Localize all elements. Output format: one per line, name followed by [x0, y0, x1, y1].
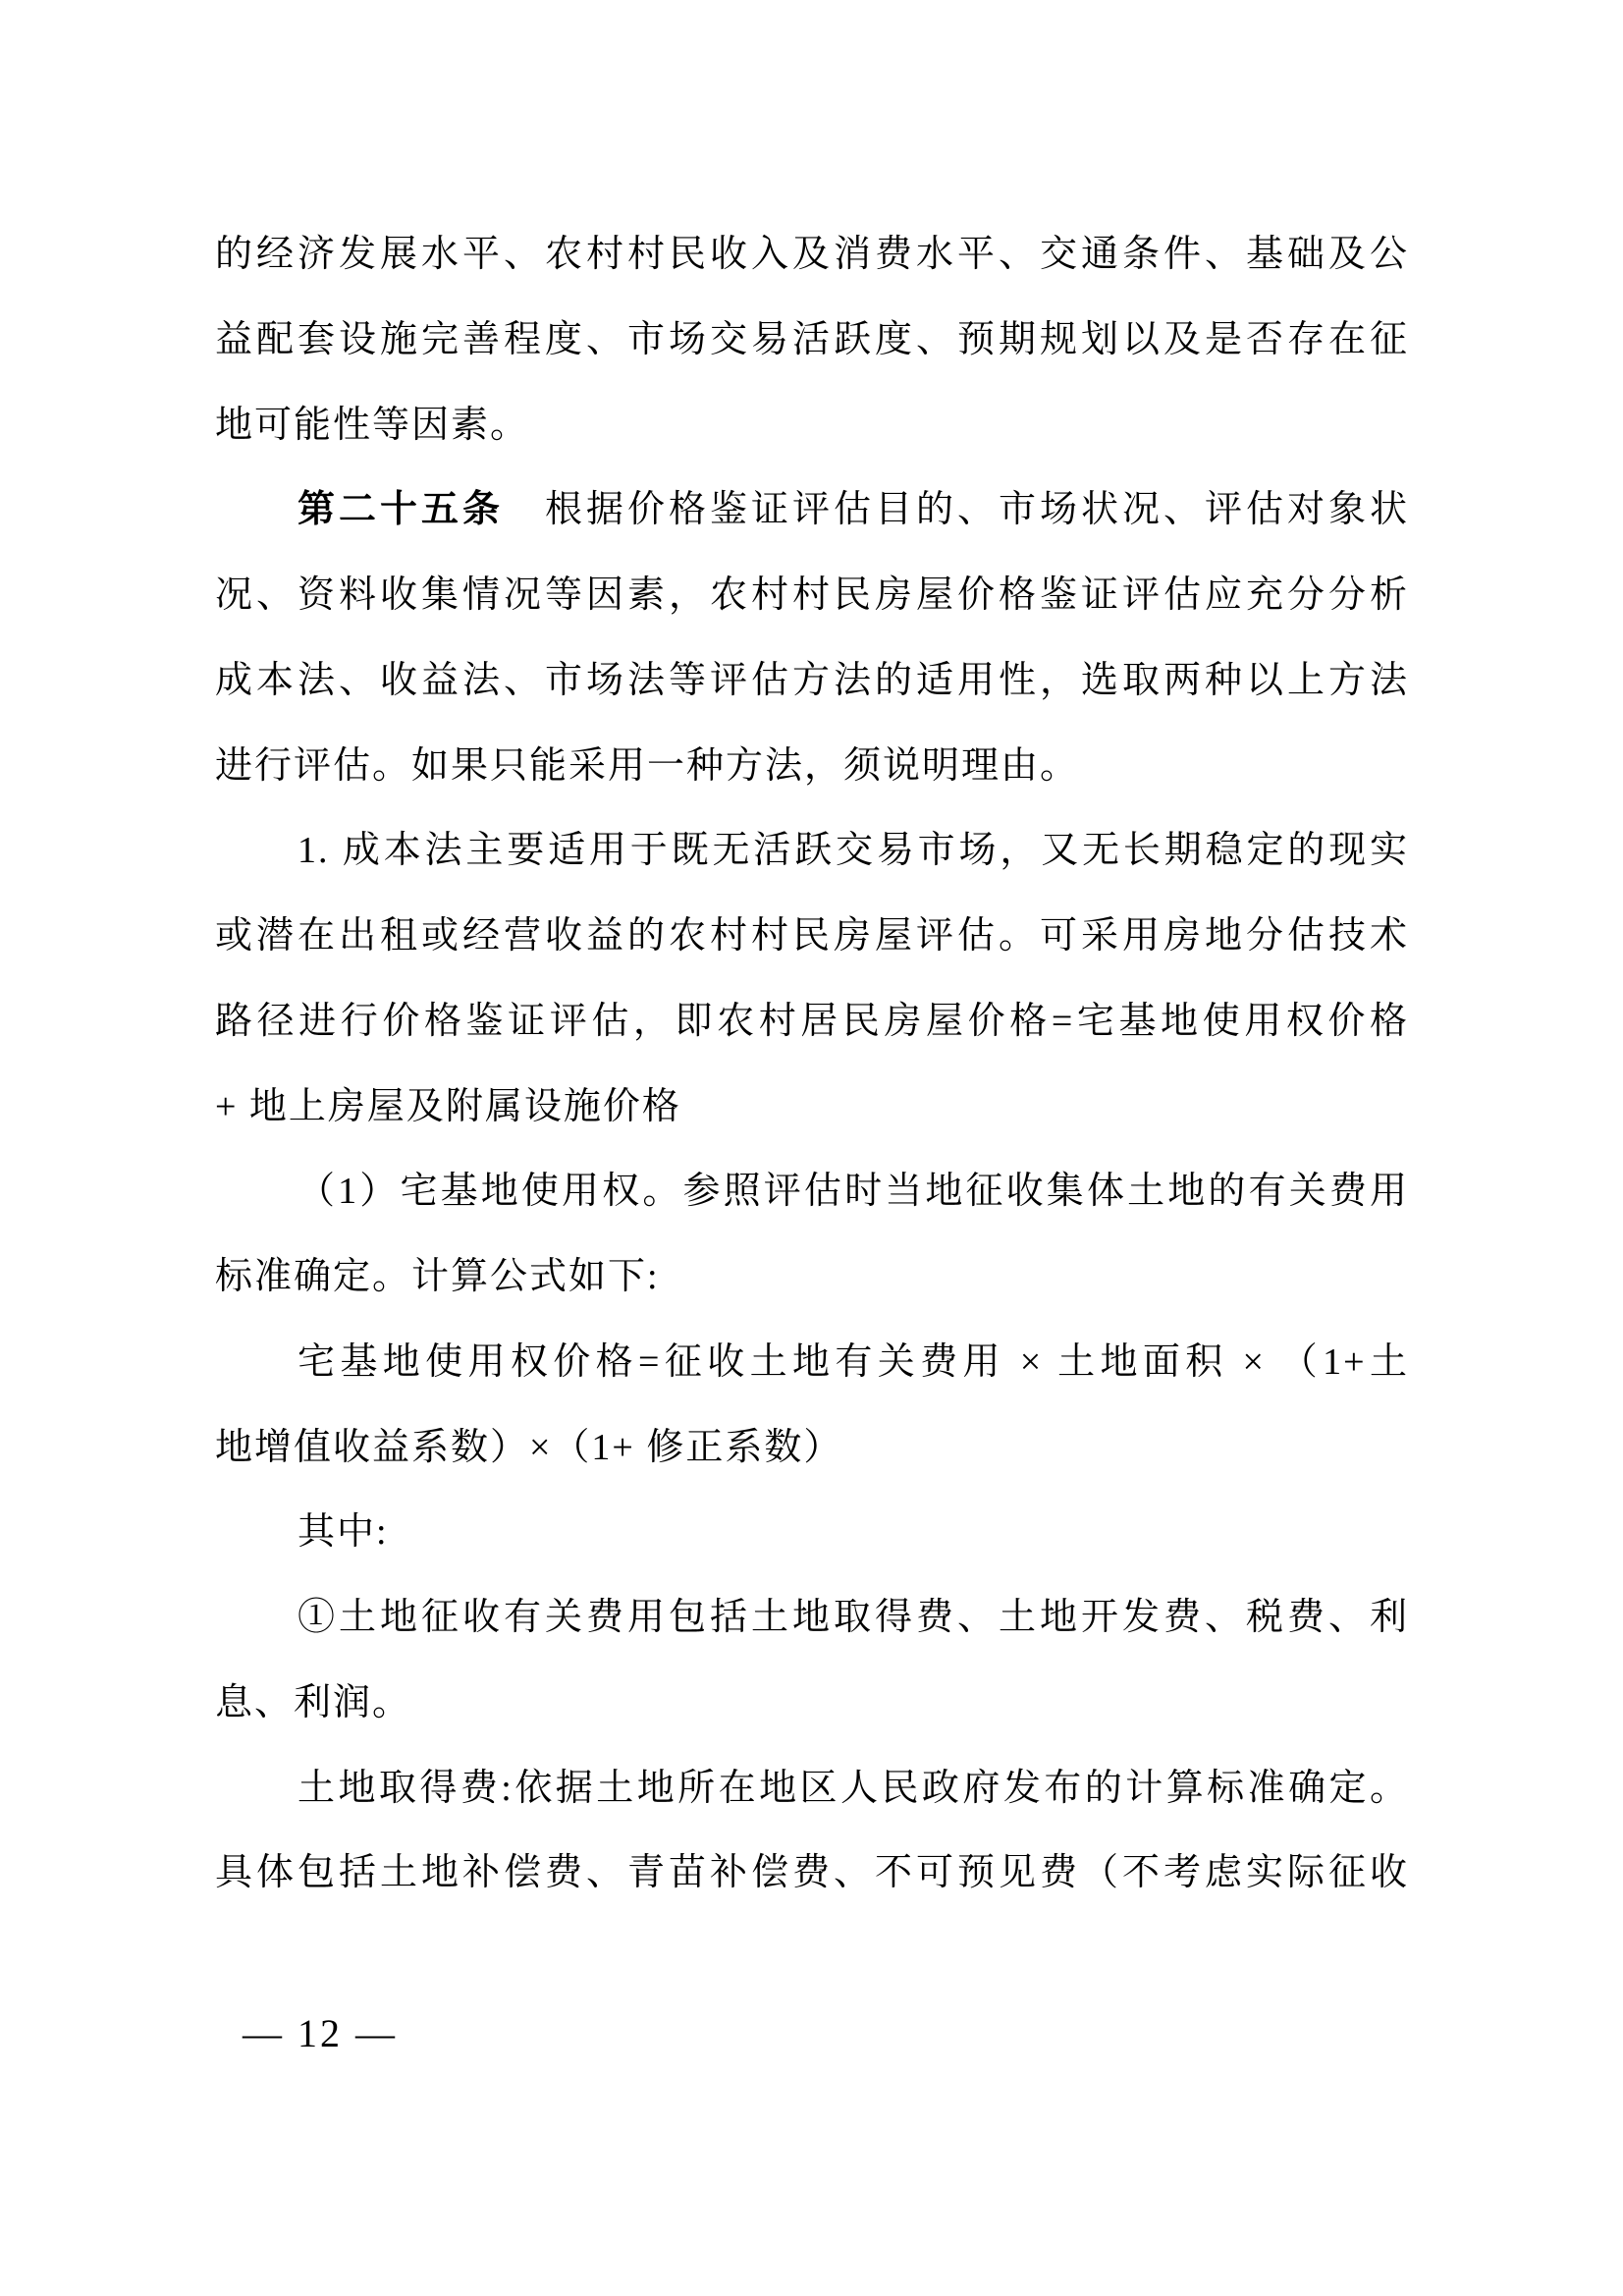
body-text: ①土地征收有关费用包括土地取得费、土地开发费、税费、利 — [298, 1597, 1409, 1638]
text-line: ①土地征收有关费用包括土地取得费、土地开发费、税费、利 — [215, 1575, 1409, 1661]
text-line: 成本法、收益法、市场法等评估方法的适用性，选取两种以上方法 — [215, 638, 1409, 724]
text-line: 其中: — [215, 1490, 1409, 1575]
text-line: 的经济发展水平、农村村民收入及消费水平、交通条件、基础及公 — [215, 212, 1409, 298]
body-text: 宅基地使用权价格=征收土地有关费用 × 土地面积 × （1+土 — [298, 1341, 1409, 1383]
text-line: 1. 成本法主要适用于既无活跃交易市场，又无长期稳定的现实 — [215, 808, 1409, 894]
text-line: 地可能性等因素。 — [215, 383, 1409, 468]
text-line: 或潜在出租或经营收益的农村村民房屋评估。可采用房地分估技术 — [215, 894, 1409, 979]
body-text: 况、资料收集情况等因素，农村村民房屋价格鉴证评估应充分分析 — [215, 574, 1409, 616]
text-line: 土地取得费:依据土地所在地区人民政府发布的计算标准确定。 — [215, 1746, 1409, 1831]
body-text: 地可能性等因素。 — [215, 405, 529, 446]
body-text: 1. 成本法主要适用于既无活跃交易市场，又无长期稳定的现实 — [298, 830, 1409, 871]
text-line: 息、利润。 — [215, 1661, 1409, 1746]
body-text: 息、利润。 — [215, 1682, 411, 1723]
text-line: 地增值收益系数）×（1+ 修正系数） — [215, 1405, 1409, 1491]
body-text: 的经济发展水平、农村村民收入及消费水平、交通条件、基础及公 — [215, 234, 1409, 275]
body-text: 其中: — [298, 1511, 389, 1553]
body-text: + 地上房屋及附属设施价格 — [215, 1086, 681, 1127]
article-heading-text: 第二十五条 — [298, 489, 504, 530]
text-line: 进行评估。如果只能采用一种方法，须说明理由。 — [215, 724, 1409, 809]
page-number: — 12 — — [243, 2003, 398, 2064]
text-line: + 地上房屋及附属设施价格 — [215, 1065, 1409, 1150]
text-line: 标准确定。计算公式如下: — [215, 1234, 1409, 1320]
body-text: （1）宅基地使用权。参照评估时当地征收集体土地的有关费用 — [298, 1171, 1409, 1212]
body-text: 土地取得费:依据土地所在地区人民政府发布的计算标准确定。 — [298, 1768, 1409, 1809]
text-line: 路径进行价格鉴证评估，即农村居民房屋价格=宅基地使用权价格 — [215, 979, 1409, 1065]
document-page: 的经济发展水平、农村村民收入及消费水平、交通条件、基础及公益配套设施完善程度、市… — [0, 0, 1623, 2296]
text-line: 宅基地使用权价格=征收土地有关费用 × 土地面积 × （1+土 — [215, 1320, 1409, 1405]
body-text: 益配套设施完善程度、市场交易活跃度、预期规划以及是否存在征 — [215, 319, 1409, 360]
body-text: 成本法、收益法、市场法等评估方法的适用性，选取两种以上方法 — [215, 660, 1409, 701]
text-line: 第二十五条 根据价格鉴证评估目的、市场状况、评估对象状 — [215, 467, 1409, 553]
body-text: 根据价格鉴证评估目的、市场状况、评估对象状 — [504, 489, 1409, 530]
text-line: （1）宅基地使用权。参照评估时当地征收集体土地的有关费用 — [215, 1149, 1409, 1234]
text-line: 况、资料收集情况等因素，农村村民房屋价格鉴证评估应充分分析 — [215, 553, 1409, 638]
body-text: 路径进行价格鉴证评估，即农村居民房屋价格=宅基地使用权价格 — [215, 1001, 1409, 1042]
body-text: 具体包括土地补偿费、青苗补偿费、不可预见费（不考虑实际征收 — [215, 1852, 1409, 1893]
body-text: 进行评估。如果只能采用一种方法，须说明理由。 — [215, 745, 1079, 787]
body-text: 地增值收益系数）×（1+ 修正系数） — [215, 1427, 842, 1468]
document-body: 的经济发展水平、农村村民收入及消费水平、交通条件、基础及公益配套设施完善程度、市… — [215, 212, 1409, 1916]
text-line: 具体包括土地补偿费、青苗补偿费、不可预见费（不考虑实际征收 — [215, 1831, 1409, 1916]
text-line: 益配套设施完善程度、市场交易活跃度、预期规划以及是否存在征 — [215, 298, 1409, 383]
body-text: 标准确定。计算公式如下: — [215, 1256, 660, 1297]
body-text: 或潜在出租或经营收益的农村村民房屋评估。可采用房地分估技术 — [215, 915, 1409, 957]
